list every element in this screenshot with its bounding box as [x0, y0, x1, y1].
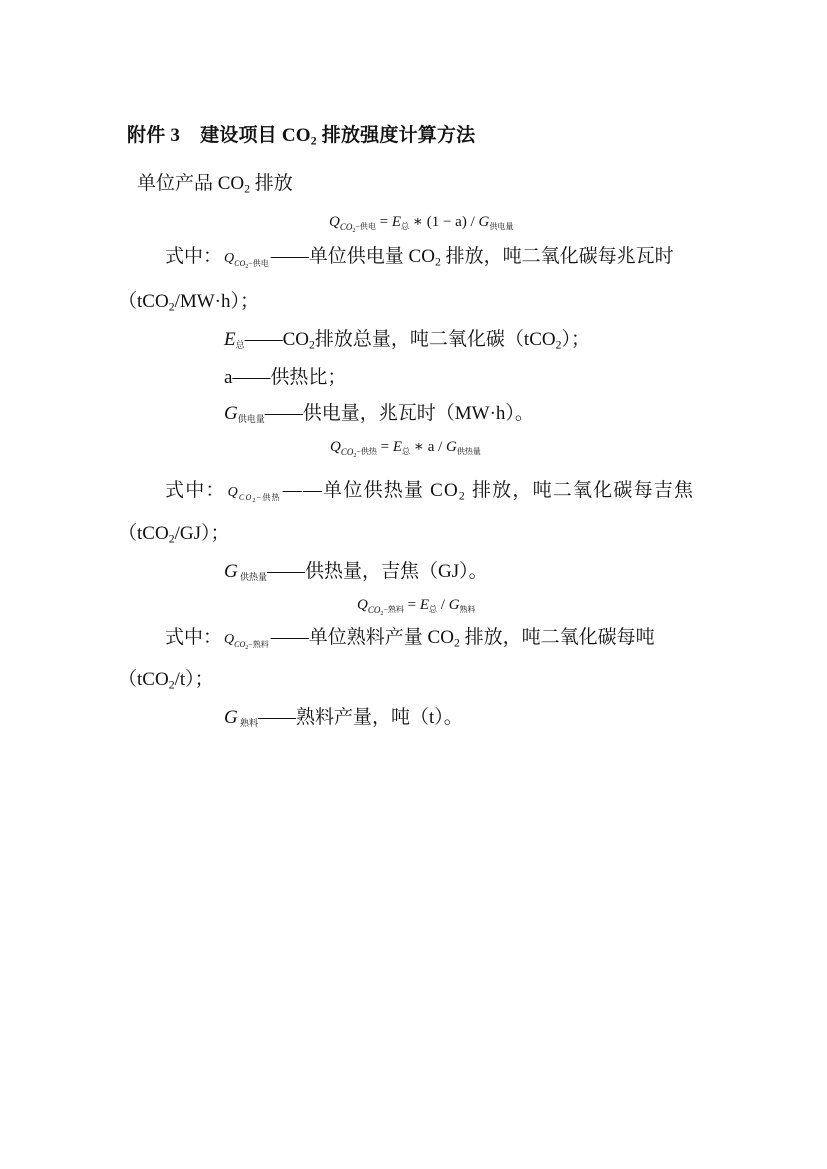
definition-clinker-output: G 熟料——熟料产量，吨（t）。 [224, 708, 463, 728]
page-title: 附件 3建设项目 CO2 排放强度计算方法 [127, 126, 475, 147]
document-page: 附件 3建设项目 CO2 排放强度计算方法 单位产品 CO2 排放 QCO2−供… [0, 0, 827, 1169]
definition-power-unit: （tCO2/MW·h）； [118, 292, 259, 313]
definition-clinker-unit: （tCO2/t）； [118, 670, 214, 691]
definition-heat-ratio: a——供热比； [224, 368, 346, 387]
formula-heat: QCO2−供热 = E总 ∗ a / G供热量 [330, 440, 481, 458]
definition-power-emission: 式中：QCO2−供电——单位供电量 CO2 排放，吨二氧化碳每兆瓦时 [165, 247, 674, 270]
definition-heat-emission: 式中：QCO2−供热——单位供热量 CO2 排放，吨二氧化碳每吉焦 [165, 481, 694, 504]
definition-clinker-emission: 式中：QCO2−熟料——单位熟料产量 CO2 排放，吨二氧化碳每吨 [165, 628, 655, 651]
definition-total-emission: E总——CO2排放总量，吨二氧化碳（tCO2）； [224, 330, 590, 351]
formula-power: QCO2−供电 = E总 ∗ (1 − a) / G供电量 [329, 215, 513, 233]
attachment-number: 附件 3 [127, 125, 180, 146]
formula-clinker: QCO2−熟料 = E总 / G熟料 [357, 598, 476, 616]
definition-heat-supply: G 供热量——供热量，吉焦（GJ）。 [224, 562, 488, 582]
definition-heat-unit: （tCO2/GJ）； [118, 524, 229, 545]
definition-power-supply: G供电量——供电量，兆瓦时（MW·h）。 [224, 404, 534, 424]
section-heading: 单位产品 CO2 排放 [137, 174, 293, 195]
